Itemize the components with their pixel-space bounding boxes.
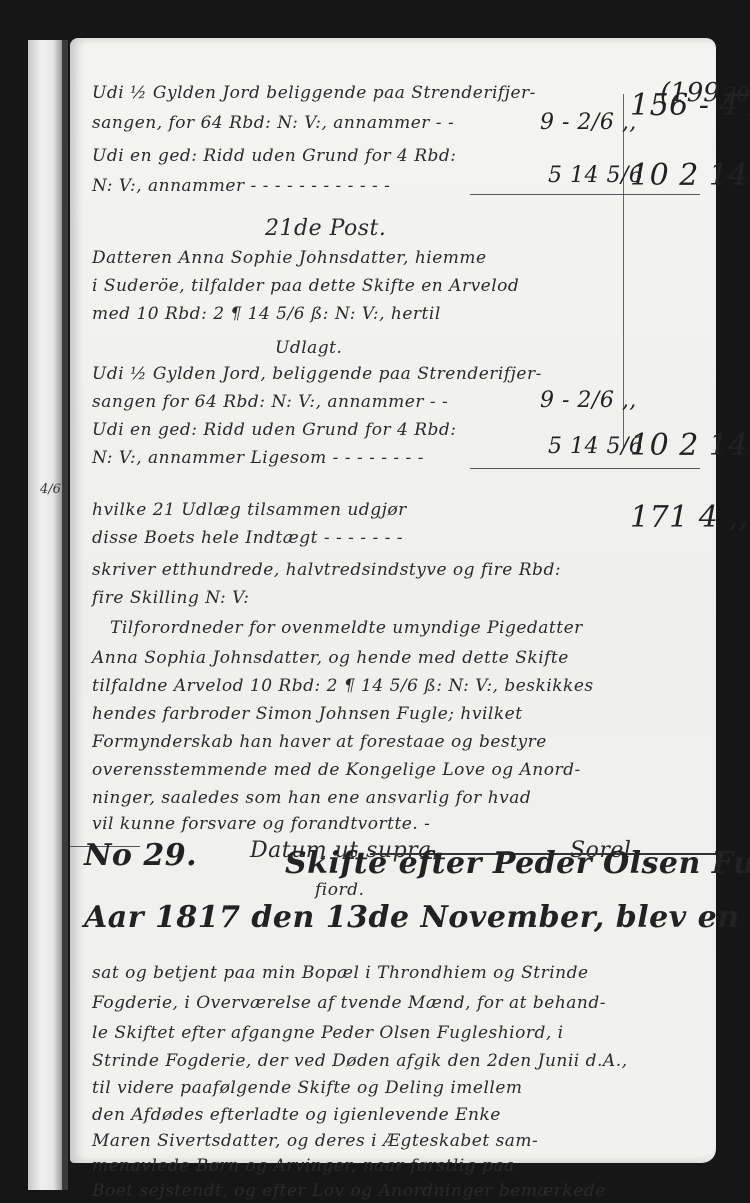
text-line: Tilforordneder for ovenmeldte umyndige P…	[110, 618, 583, 638]
text-line: hendes farbroder Simon Johnsen Fugle; hv…	[92, 704, 523, 724]
text-line: Fogderie, i Overværelse af tvende Mænd, …	[92, 993, 606, 1013]
post-heading: 21de Post.	[265, 216, 386, 241]
underline	[470, 468, 700, 469]
text-line: sangen for 64 Rbd: N: V:, annammer - -	[92, 392, 448, 412]
text-line: skriver etthundrede, halvtredsindstyve o…	[92, 560, 561, 580]
text-line: le Skiftet efter afgangne Peder Olsen Fu…	[92, 1023, 564, 1043]
manuscript-page: (199200 Udi ½ Gylden Jord beliggende paa…	[70, 38, 716, 1163]
text-line: Udi ½ Gylden Jord, beliggende paa Strend…	[92, 364, 542, 384]
text-line: Udi ½ Gylden Jord beliggende paa Strende…	[92, 83, 536, 103]
margin-note: 4/6	[40, 484, 56, 496]
text-line: hvilke 21 Udlæg tilsammen udgjør	[92, 500, 407, 520]
column-amount: 10 2 14 5/6	[630, 158, 750, 193]
text-line: tilfaldne Arvelod 10 Rbd: 2 ¶ 14 5/6 ß: …	[92, 676, 594, 696]
inline-amount: 9 - 2/6 ,,	[540, 110, 637, 135]
text-line: til videre paafølgende Skifte og Deling …	[92, 1078, 523, 1098]
underline	[470, 194, 700, 195]
text-line: i Suderöe, tilfalder paa dette Skifte en…	[92, 276, 519, 296]
text-line: Maren Sivertsdatter, og deres i Ægteskab…	[92, 1131, 538, 1151]
text-line: menavlede Børn og Arvinger, naar førstli…	[92, 1156, 515, 1176]
text-line: overensstemmende med de Kongelige Love o…	[92, 760, 581, 780]
text-line: den Afdødes efterladte og igienlevende E…	[92, 1105, 501, 1125]
text-line: Udi en ged: Ridd uden Grund for 4 Rbd:	[92, 146, 457, 166]
entry-date-line: Aar 1817 den 13de November, blev en Skif…	[84, 900, 750, 935]
text-line: Formynderskab han haver at forestaae og …	[92, 732, 547, 752]
text-line: ninger, saaledes som han ene ansvarlig f…	[92, 788, 531, 808]
column-amount: 156 - 4 2/6	[630, 88, 750, 123]
text-line: Udi en ged: Ridd uden Grund for 4 Rbd:	[92, 420, 457, 440]
binding-shadow	[62, 40, 68, 1190]
text-line: sat og betjent paa min Bopæl i Throndhie…	[92, 963, 589, 983]
column-amount: 10 2 14 5/6	[630, 428, 750, 463]
text-line: Anna Sophia Johnsdatter, og hende med de…	[92, 648, 569, 668]
text-line: vil kunne forsvare og forandtvortte. -	[92, 814, 430, 834]
entry-title-continued: fiord.	[315, 880, 364, 900]
text-line: disse Boets hele Indtægt - - - - - - -	[92, 528, 403, 548]
text-line: fire Skilling N: V:	[92, 588, 249, 608]
text-line: N: V:, annammer Ligesom - - - - - - - -	[92, 448, 424, 468]
inline-amount: 9 - 2/6 ,,	[540, 388, 637, 413]
text-line: med 10 Rbd: 2 ¶ 14 5/6 ß: N: V:, hertil	[92, 304, 441, 324]
total-amount: 171 4 ,,	[630, 500, 749, 535]
text-line: N: V:, annammer - - - - - - - - - - - -	[92, 176, 390, 196]
subheading: Udlagt.	[275, 338, 342, 358]
text-line: Strinde Fogderie, der ved Døden afgik de…	[92, 1051, 628, 1071]
text-line: Boet sejstendt, og efter Lov og Anordnin…	[92, 1181, 606, 1201]
text-line: Datteren Anna Sophie Johnsdatter, hiemme	[92, 248, 487, 268]
book-binding-edge	[28, 40, 62, 1190]
text-line: sangen, for 64 Rbd: N: V:, annammer - -	[92, 113, 454, 133]
entry-number: No 29.	[84, 838, 197, 873]
entry-title: Skifte efter Peder Olsen Fugle-	[285, 846, 750, 881]
